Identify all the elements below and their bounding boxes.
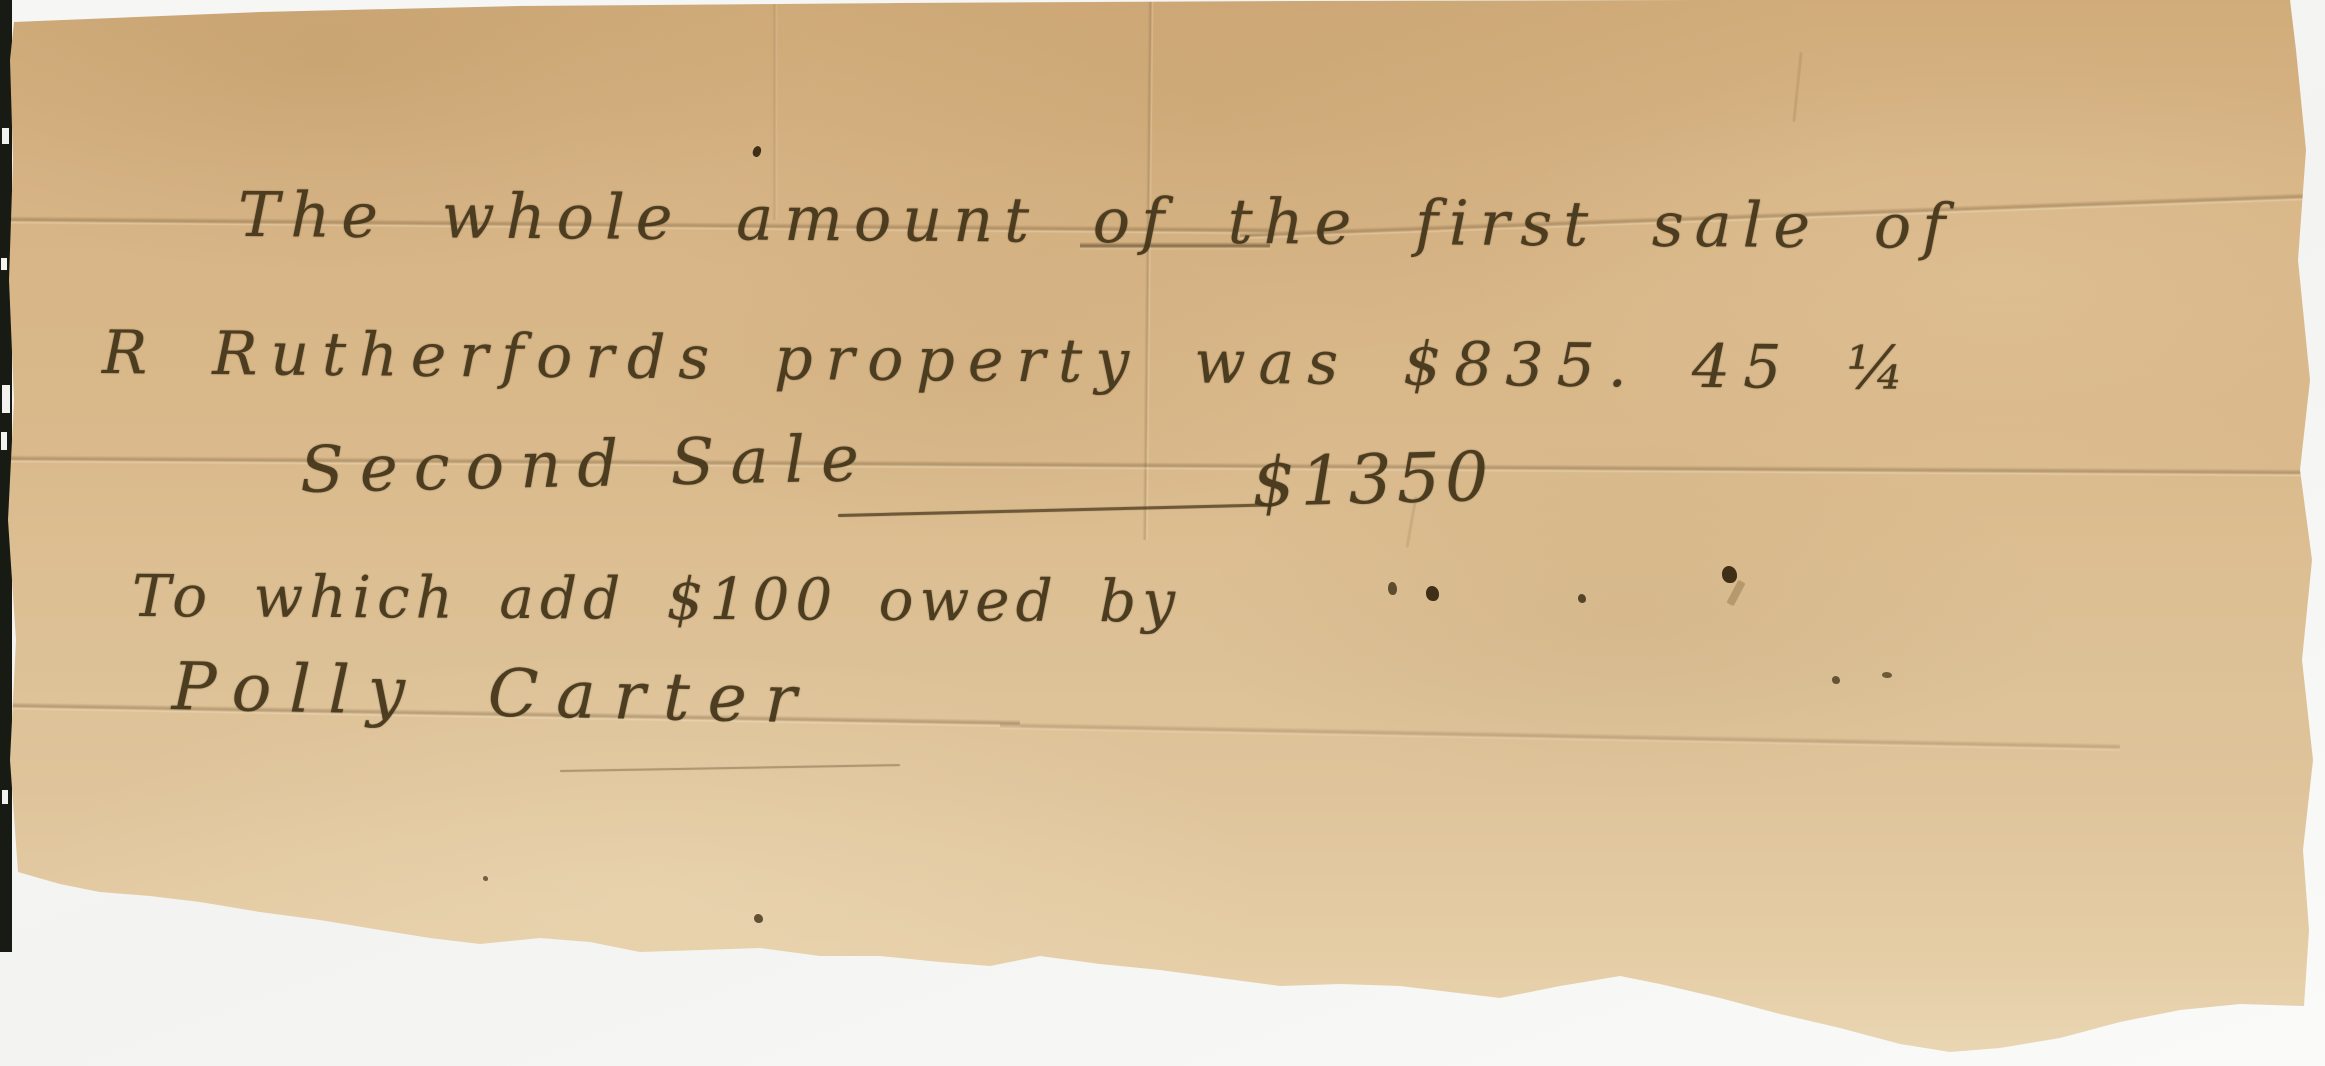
handwritten-line-5-signature: Polly Carter bbox=[171, 648, 815, 738]
scanner-edge-notch bbox=[2, 385, 10, 413]
scanner-edge-notch bbox=[1, 258, 7, 270]
handwritten-line-1: The whole amount of the first sale of bbox=[238, 178, 1957, 263]
scanner-edge-notch bbox=[2, 128, 9, 144]
scanner-edge-notch bbox=[2, 790, 8, 804]
scanned-document-page: The whole amount of the first sale of R … bbox=[0, 0, 2325, 1066]
ink-speck bbox=[483, 876, 488, 881]
ink-speck bbox=[1722, 566, 1737, 583]
ink-speck bbox=[1882, 672, 1892, 678]
ink-dash-line bbox=[838, 503, 1273, 517]
ink-speck bbox=[1426, 586, 1439, 601]
fold-crease-lower-right bbox=[1000, 722, 2120, 751]
handwritten-line-3-label: Second Sale bbox=[299, 422, 875, 508]
ink-speck bbox=[1578, 594, 1586, 603]
paper-sheet: The whole amount of the first sale of R … bbox=[0, 0, 2325, 1066]
ink-speck bbox=[751, 145, 763, 158]
scanner-edge-notch bbox=[1, 432, 7, 450]
handwritten-line-4: To which add $100 owed by bbox=[132, 562, 1181, 635]
ink-smudge-tail bbox=[1726, 580, 1745, 607]
fold-crease-vertical bbox=[1142, 0, 1154, 540]
scratch-mark bbox=[1792, 52, 1802, 122]
signature-underline bbox=[560, 764, 900, 772]
ink-speck bbox=[1388, 582, 1397, 595]
ink-speck bbox=[754, 914, 763, 923]
ink-speck bbox=[1832, 676, 1840, 684]
handwritten-line-2: R Rutherfords property was $835. 45 ¼ bbox=[102, 318, 1918, 404]
handwritten-line-3-amount: $1350 bbox=[1251, 438, 1494, 523]
